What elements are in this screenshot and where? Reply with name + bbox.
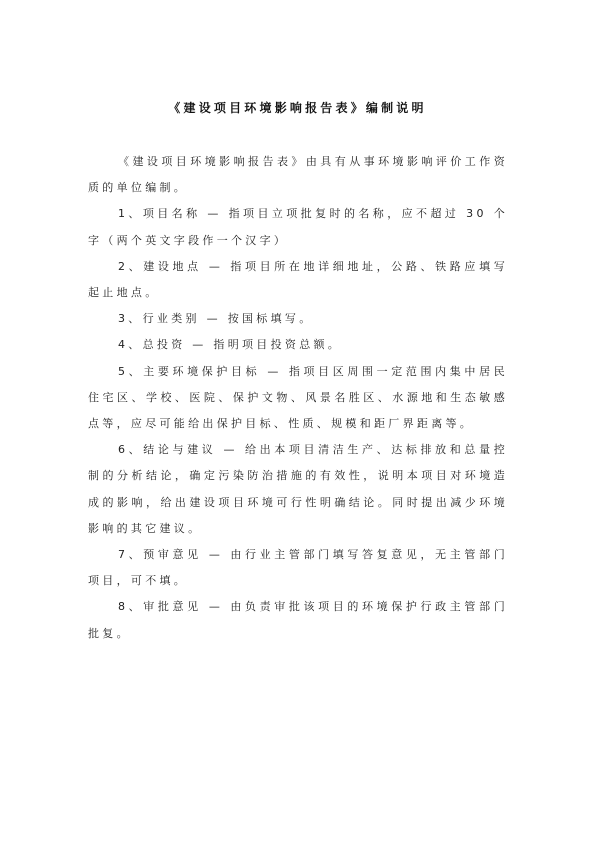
document-page: 《建设项目环境影响报告表》编制说明 《建设项目环境影响报告表》由具有从事环境影响… (0, 0, 595, 841)
paragraph-item-8-approval-opinion: 8、审批意见 — 由负责审批该项目的环境保护行政主管部门批复。 (88, 594, 508, 646)
paragraph-item-5-protection-targets: 5、主要环境保护目标 — 指项目区周围一定范围内集中居民住宅区、学校、医院、保护… (88, 359, 508, 438)
paragraph-item-1-project-name: 1、项目名称 — 指项目立项批复时的名称，应不超过 30 个字（两个英文字段作一… (88, 201, 508, 253)
document-title: 《建设项目环境影响报告表》编制说明 (0, 98, 595, 118)
paragraph-item-2-construction-site: 2、建设地点 — 指项目所在地详细地址，公路、铁路应填写起止地点。 (88, 254, 508, 306)
paragraph-item-6-conclusions: 6、结论与建议 — 给出本项目清洁生产、达标排放和总量控制的分析结论，确定污染防… (88, 437, 508, 542)
paragraph-item-7-pre-review-opinion: 7、预审意见 — 由行业主管部门填写答复意见，无主管部门项目，可不填。 (88, 542, 508, 594)
document-body: 《建设项目环境影响报告表》由具有从事环境影响评价工作资质的单位编制。 1、项目名… (88, 149, 508, 647)
paragraph-item-3-industry-category: 3、行业类别 — 按国标填写。 (88, 306, 508, 332)
paragraph-intro: 《建设项目环境影响报告表》由具有从事环境影响评价工作资质的单位编制。 (88, 149, 508, 201)
paragraph-item-4-total-investment: 4、总投资 — 指明项目投资总额。 (88, 332, 508, 358)
